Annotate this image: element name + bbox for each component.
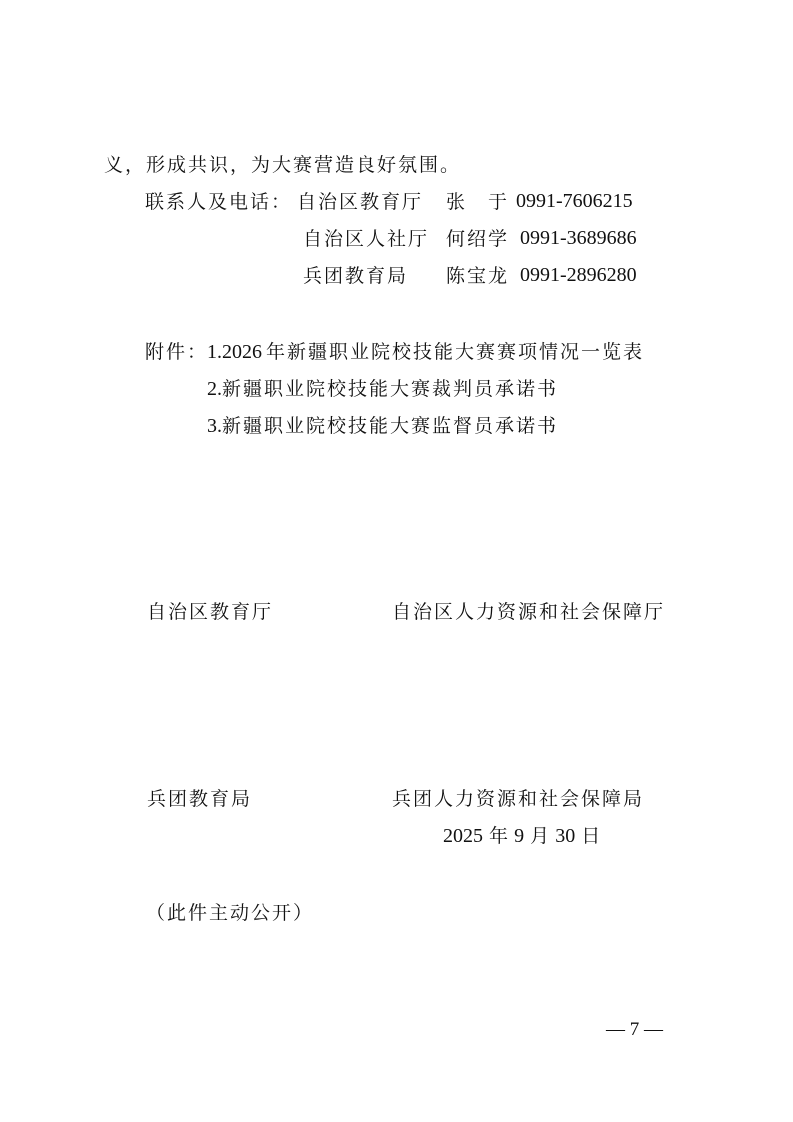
signature-left-2: 兵团教育局 xyxy=(147,787,252,811)
attachment-title: 新疆职业院校技能大赛裁判员承诺书 xyxy=(222,378,558,400)
contact-phone-1: 0991-7606215 xyxy=(516,189,633,213)
attachment-title: 新疆职业院校技能大赛监督员承诺书 xyxy=(222,415,558,437)
date-month: 9 xyxy=(514,825,524,847)
attachment-item-3: 3.新疆职业院校技能大赛监督员承诺书 xyxy=(207,414,558,438)
page-number: — 7 — xyxy=(606,1019,663,1041)
contact-org-3: 兵团教育局 xyxy=(303,264,408,288)
signature-left-1: 自治区教育厅 xyxy=(147,600,273,624)
contact-org-1: 自治区教育厅 xyxy=(297,190,423,214)
date-day-suffix: 日 xyxy=(581,825,600,847)
contact-name-1: 张 于 xyxy=(446,190,509,214)
contact-phone-3: 0991-2896280 xyxy=(520,263,637,287)
attachment-item-1: 1.2026年新疆职业院校技能大赛赛项情况一览表 xyxy=(207,340,644,364)
contacts-label: 联系人及电话： xyxy=(145,190,292,214)
issue-date: 2025 年 9 月 30 日 xyxy=(443,824,600,848)
date-year-suffix: 年 xyxy=(489,825,508,847)
date-day: 30 xyxy=(555,825,575,847)
body-continuation: 义，形成共识，为大赛营造良好氛围。 xyxy=(104,153,461,177)
date-month-suffix: 月 xyxy=(530,825,549,847)
signature-right-2: 兵团人力资源和社会保障局 xyxy=(392,787,644,811)
attachment-number: 1.2026 xyxy=(207,341,262,363)
date-year: 2025 xyxy=(443,825,483,847)
contact-name-2: 何绍学 xyxy=(446,227,509,251)
attachment-number: 3. xyxy=(207,415,222,437)
attachment-item-2: 2.新疆职业院校技能大赛裁判员承诺书 xyxy=(207,377,558,401)
contact-name-3: 陈宝龙 xyxy=(446,264,509,288)
signature-right-1: 自治区人力资源和社会保障厅 xyxy=(392,600,665,624)
attachment-title: 年新疆职业院校技能大赛赛项情况一览表 xyxy=(266,341,644,363)
disclosure-note: （此件主动公开） xyxy=(146,901,314,925)
attachments-label: 附件： xyxy=(145,340,208,364)
attachment-number: 2. xyxy=(207,378,222,400)
contact-org-2: 自治区人社厅 xyxy=(303,227,429,251)
contact-phone-2: 0991-3689686 xyxy=(520,226,637,250)
